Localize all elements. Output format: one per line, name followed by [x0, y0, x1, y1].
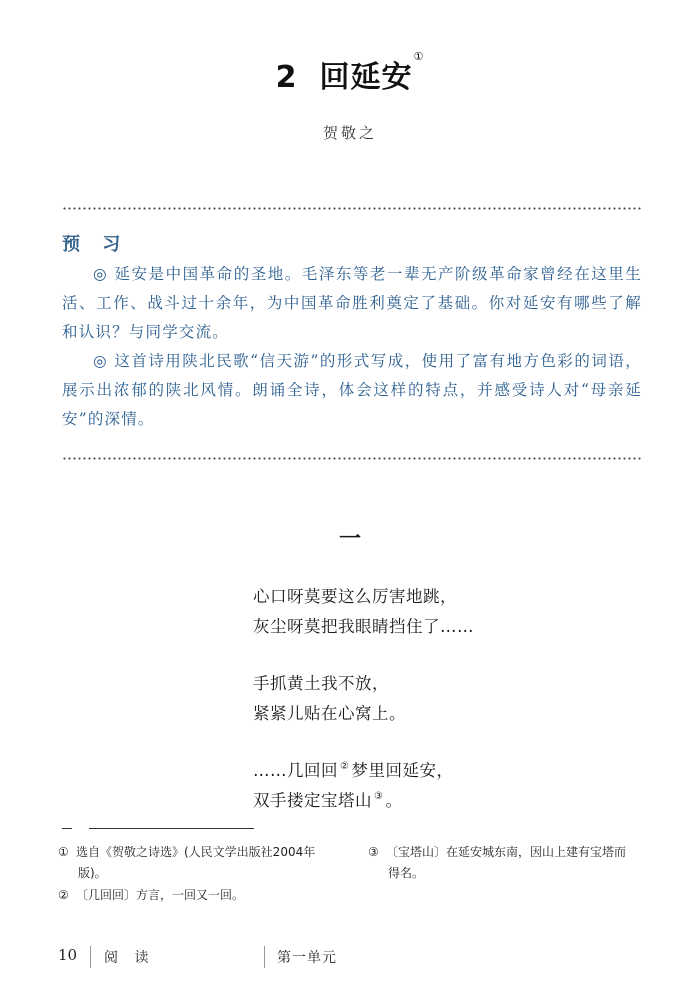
footnote-2: ②〔几回回〕方言，一回又一回。 [58, 885, 348, 906]
poem-line: ……几回回②梦里回延安， [253, 756, 474, 786]
preview-paragraph-2: ◎ 这首诗用陕北民歌“信天游”的形式写成，使用了富有地方色彩的词语，展示出浓郁的… [62, 347, 642, 434]
footnote-mark: ③ [368, 842, 386, 863]
lesson-number: 2 [276, 60, 298, 95]
stanza: ……几回回②梦里回延安， 双手搂定宝塔山③。 [253, 756, 474, 816]
page-number: 10 [58, 946, 77, 964]
poem-line: 紧紧儿贴在心窝上。 [253, 699, 474, 729]
stanza: 手抓黄土我不放， 紧紧儿贴在心窝上。 [253, 669, 474, 729]
preview-heading: 预 习 [62, 230, 642, 256]
footnote-text-continued: 版)。 [58, 863, 348, 884]
lesson-title: 2回延安① [0, 52, 700, 96]
poem-line: 手抓黄土我不放， [253, 669, 474, 699]
footnote-text: 选自《贺敬之诗选》(人民文学出版社2004年 [76, 845, 315, 859]
poem-line: 灰尘呀莫把我眼睛挡住了…… [253, 612, 474, 642]
poem-section-number: 一 [0, 522, 700, 553]
poem-line: 心口呀莫要这么厉害地跳， [253, 582, 474, 612]
footnote-text: 〔几回回〕方言，一回又一回。 [76, 888, 244, 902]
footer-unit-label: 第一单元 [277, 947, 337, 967]
title-footnote-marker[interactable]: ① [414, 50, 425, 63]
footnote-mark: ① [58, 842, 76, 863]
footnote-3: ③〔宝塔山〕在延安城东南，因山上建有宝塔而 得名。 [368, 842, 658, 884]
footnote-marker[interactable]: ② [340, 761, 349, 772]
footer-divider [90, 946, 91, 968]
lesson-title-text: 回延安 [320, 60, 413, 95]
footnote-text: 〔宝塔山〕在延安城东南，因山上建有宝塔而 [386, 845, 626, 859]
page-footer: 10 阅 读 第一单元 [0, 944, 700, 974]
preview-section: 预 习 ◎ 延安是中国革命的圣地。毛泽东等老一辈无产阶级革命家曾经在这里生活、工… [62, 230, 642, 434]
dotted-divider-bottom [62, 457, 642, 460]
preview-paragraph-1: ◎ 延安是中国革命的圣地。毛泽东等老一辈无产阶级革命家曾经在这里生活、工作、战斗… [62, 260, 642, 347]
poem-line-text: 梦里回延安， [351, 761, 453, 780]
poem-body: 心口呀莫要这么厉害地跳， 灰尘呀莫把我眼睛挡住了…… 手抓黄土我不放， 紧紧儿贴… [253, 582, 474, 843]
footer-divider [264, 946, 265, 968]
poem-line-text: 。 [385, 791, 402, 810]
poem-line-text: 双手搂定宝塔山 [253, 791, 372, 810]
author: 贺敬之 [0, 122, 700, 143]
poem-line-text: ……几回回 [253, 761, 338, 780]
footnote-1: ①选自《贺敬之诗选》(人民文学出版社2004年 版)。 [58, 842, 348, 884]
footnote-marker[interactable]: ③ [374, 791, 383, 802]
footer-section-label: 阅 读 [104, 947, 154, 967]
poem-line: 双手搂定宝塔山③。 [253, 786, 474, 816]
stanza: 心口呀莫要这么厉害地跳， 灰尘呀莫把我眼睛挡住了…… [253, 582, 474, 642]
footnote-mark: ② [58, 885, 76, 906]
footnote-text-continued: 得名。 [368, 863, 658, 884]
dotted-divider-top [62, 207, 642, 210]
